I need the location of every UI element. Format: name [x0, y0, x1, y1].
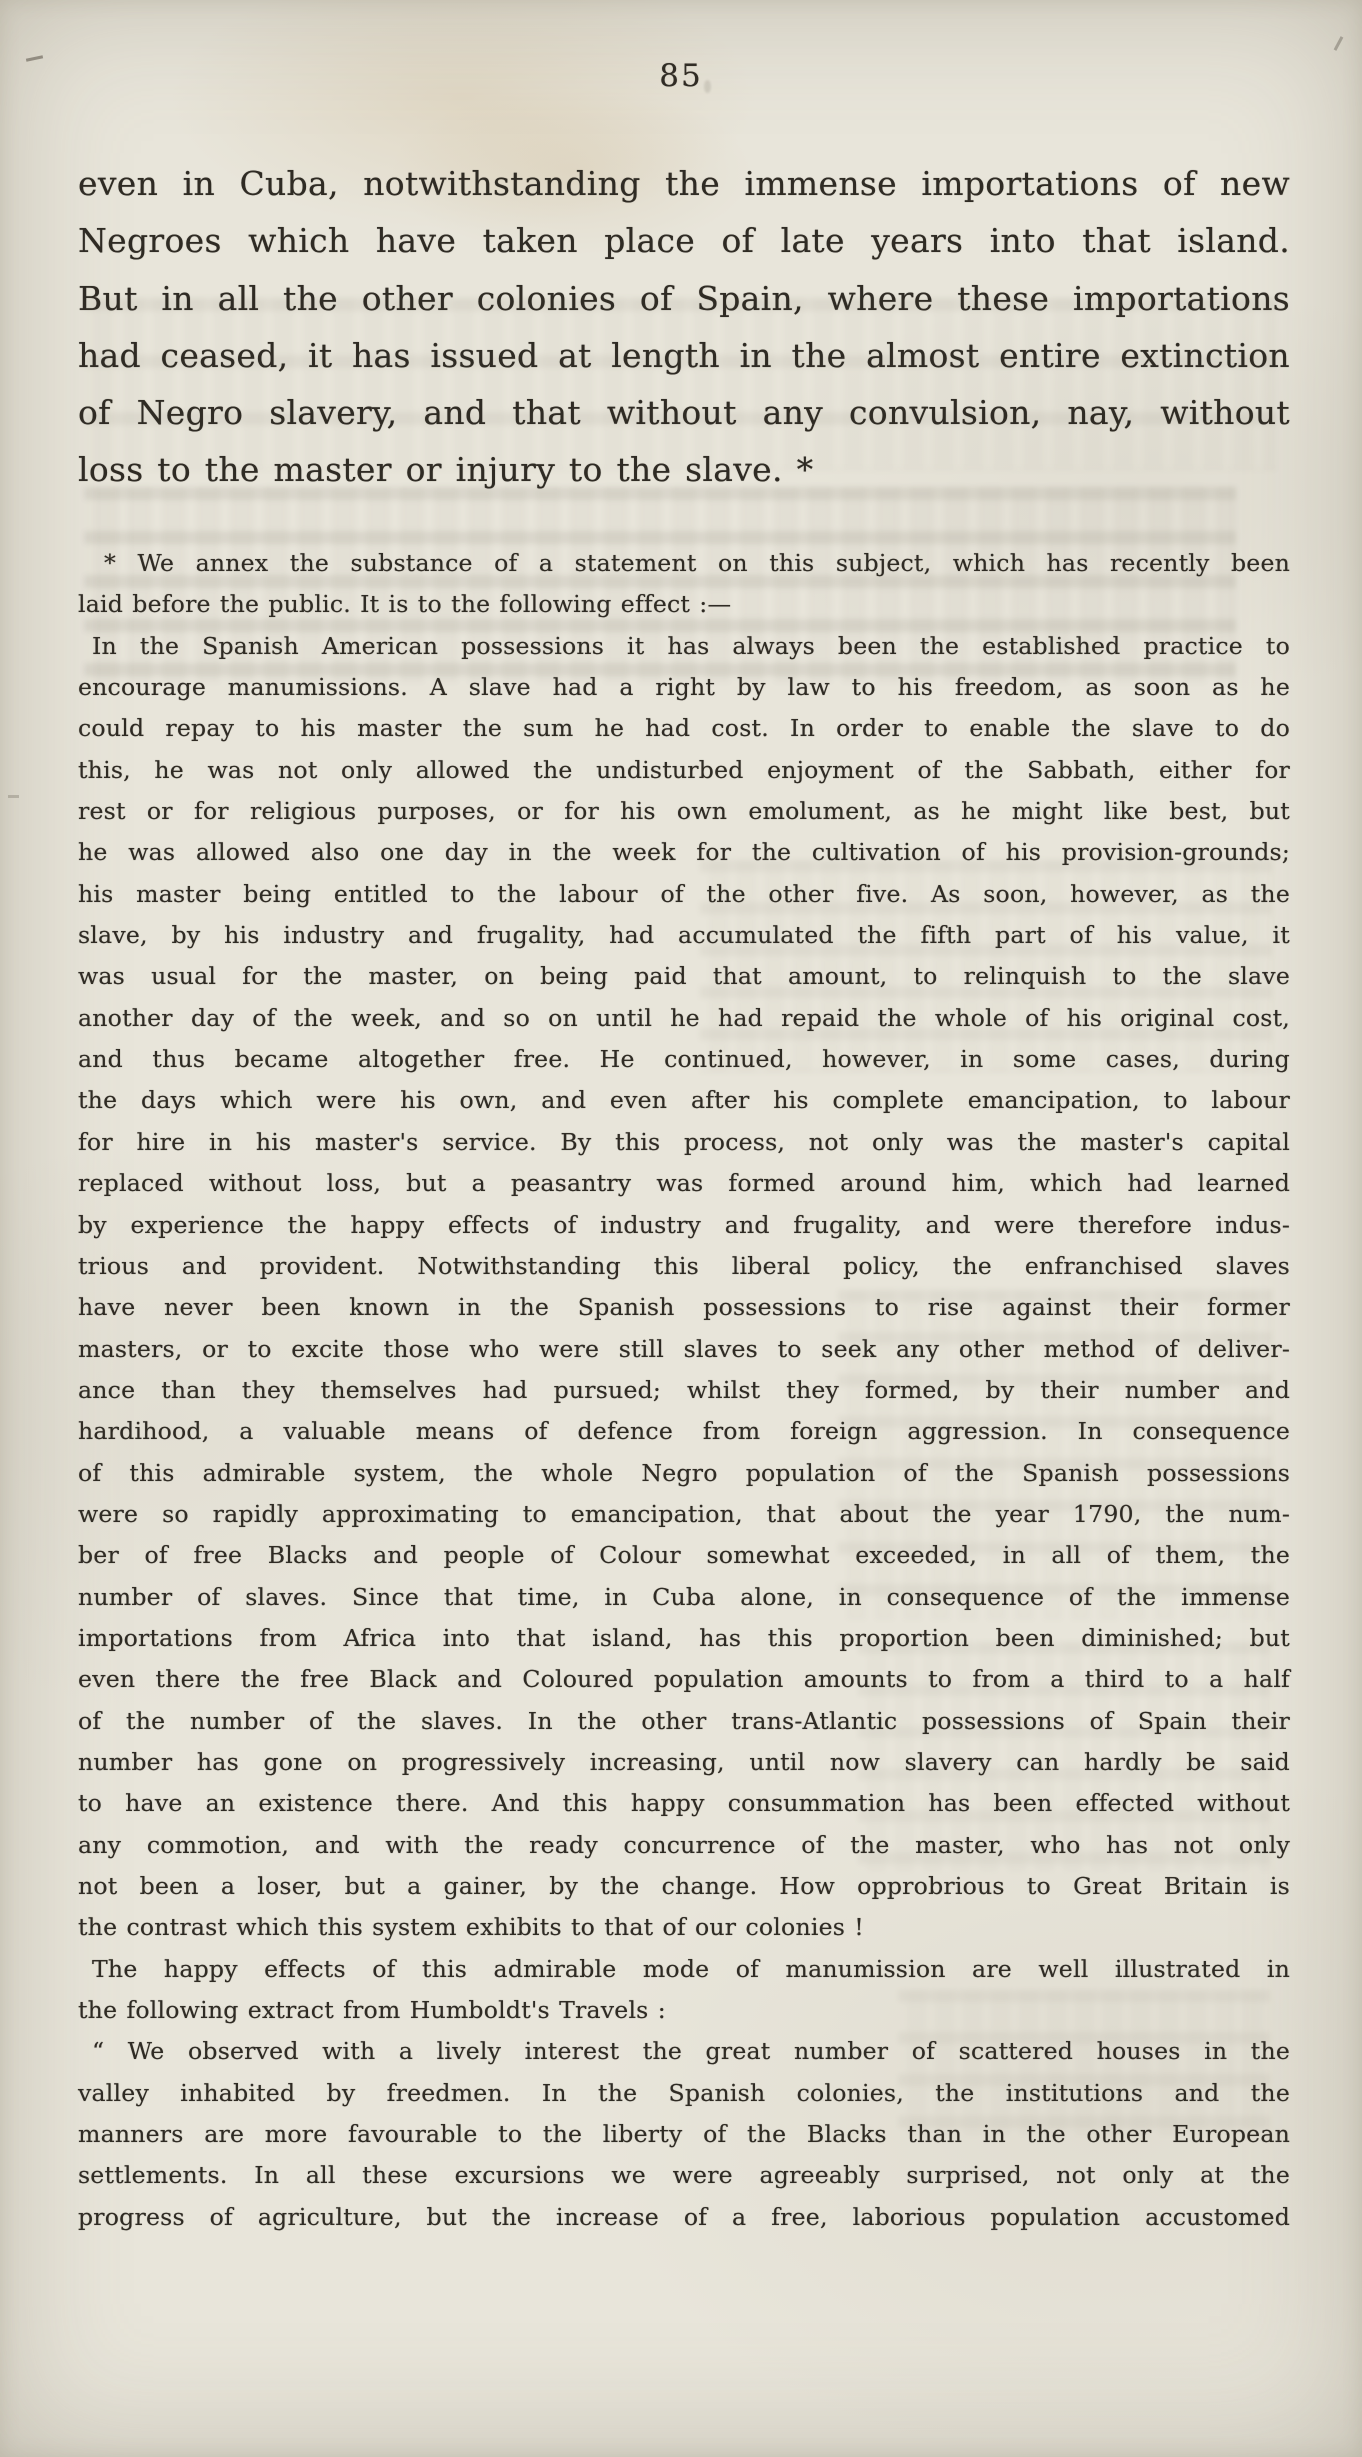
- footnote-line: settlements. In all these excursions we …: [78, 2155, 1290, 2196]
- footnote-line: laid before the public. It is to the fol…: [78, 584, 1290, 625]
- page-number: 85: [0, 58, 1362, 94]
- footnote-line: replaced without loss, but a peasantry w…: [78, 1163, 1290, 1204]
- footnote-block: * We annex the substance of a statement …: [78, 543, 1290, 2238]
- footnote-line: importations from Africa into that islan…: [78, 1618, 1290, 1659]
- footnote-line: the days which were his own, and even af…: [78, 1080, 1290, 1121]
- scan-artifact: [1334, 36, 1344, 51]
- footnote-line: by experience the happy effects of indus…: [78, 1205, 1290, 1246]
- footnote-line: of the number of the slaves. In the othe…: [78, 1701, 1290, 1742]
- footnote-line: slave, by his industry and frugality, ha…: [78, 915, 1290, 956]
- footnote-line: another day of the week, and so on until…: [78, 998, 1290, 1039]
- footnote-line: number has gone on progressively increas…: [78, 1742, 1290, 1783]
- text-line: loss to the master or injury to the slav…: [78, 441, 1290, 498]
- footnote-line: manners are more favourable to the liber…: [78, 2114, 1290, 2155]
- footnote-line: masters, or to excite those who were sti…: [78, 1329, 1290, 1370]
- footnote-line: rest or for religious purposes, or for h…: [78, 791, 1290, 832]
- footnote-line: ber of free Blacks and people of Colour …: [78, 1535, 1290, 1576]
- footnote-line: not been a loser, but a gainer, by the c…: [78, 1866, 1290, 1907]
- footnote-line: valley inhabited by freedmen. In the Spa…: [78, 2073, 1290, 2114]
- text-line: But in all the other colonies of Spain, …: [78, 270, 1290, 327]
- book-page-scan: 85 even in Cuba, notwithstanding the imm…: [0, 0, 1362, 2457]
- main-paragraph: even in Cuba, notwithstanding the immens…: [78, 155, 1290, 499]
- footnote-line: In the Spanish American possessions it h…: [78, 626, 1290, 667]
- footnote-line: progress of agriculture, but the increas…: [78, 2197, 1290, 2238]
- footnote-line: to have an existence there. And this hap…: [78, 1783, 1290, 1824]
- footnote-line: even there the free Black and Coloured p…: [78, 1659, 1290, 1700]
- footnote-line: number of slaves. Since that time, in Cu…: [78, 1577, 1290, 1618]
- footnote-line: the following extract from Humboldt's Tr…: [78, 1990, 1290, 2031]
- footnote-line: his master being entitled to the labour …: [78, 874, 1290, 915]
- footnote-line: The happy effects of this admirable mode…: [78, 1949, 1290, 1990]
- footnote-line: hardihood, a valuable means of defence f…: [78, 1411, 1290, 1452]
- footnote-line: have never been known in the Spanish pos…: [78, 1287, 1290, 1328]
- text-line: Negroes which have taken place of late y…: [78, 212, 1290, 269]
- footnote-line: this, he was not only allowed the undist…: [78, 750, 1290, 791]
- footnote-line: the contrast which this system exhibits …: [78, 1907, 1290, 1948]
- footnote-line: “ We observed with a lively interest the…: [78, 2031, 1290, 2072]
- footnote-line: were so rapidly approximating to emancip…: [78, 1494, 1290, 1535]
- footnote-line: could repay to his master the sum he had…: [78, 708, 1290, 749]
- footnote-line: trious and provident. Notwithstanding th…: [78, 1246, 1290, 1287]
- footnote-line: of this admirable system, the whole Negr…: [78, 1453, 1290, 1494]
- footnote-line: any commotion, and with the ready concur…: [78, 1825, 1290, 1866]
- text-line: even in Cuba, notwithstanding the immens…: [78, 155, 1290, 212]
- text-line: had ceased, it has issued at length in t…: [78, 327, 1290, 384]
- footnote-line: encourage manumissions. A slave had a ri…: [78, 667, 1290, 708]
- footnote-line: was usual for the master, on being paid …: [78, 956, 1290, 997]
- footnote-line: and thus became altogether free. He cont…: [78, 1039, 1290, 1080]
- footnote-line: he was allowed also one day in the week …: [78, 832, 1290, 873]
- footnote-line: for hire in his master's service. By thi…: [78, 1122, 1290, 1163]
- scan-artifact: [8, 795, 19, 798]
- text-line: of Negro slavery, and that without any c…: [78, 384, 1290, 441]
- footnote-line: * We annex the substance of a statement …: [78, 543, 1290, 584]
- footnote-line: ance than they themselves had pursued; w…: [78, 1370, 1290, 1411]
